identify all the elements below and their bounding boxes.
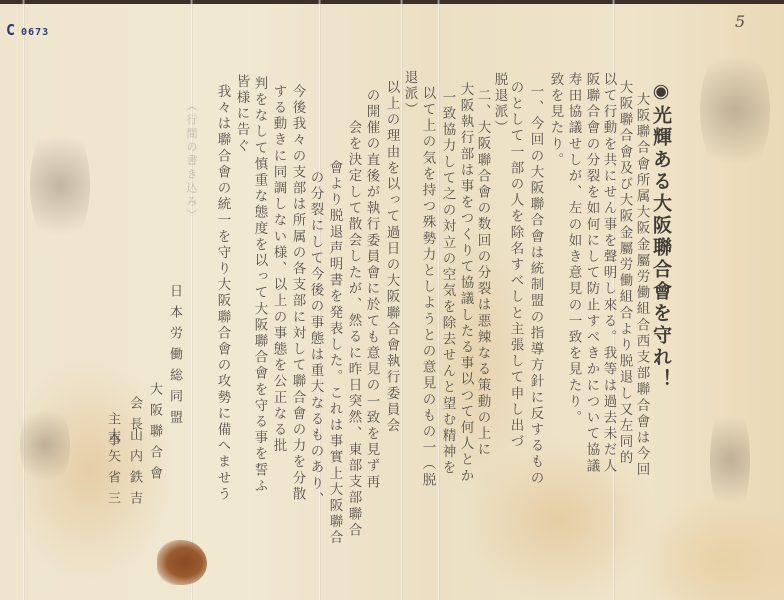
body-column: 寿田協議せしが、左の如き意見の一致を見たり。 — [566, 72, 580, 426]
body-column: 一、今回の大阪聯合會は統制盟の指導方針に反するもの — [528, 84, 542, 487]
body-column: 会を決定して散会したが、然るに昨日突然、東部支部聯合 — [346, 120, 360, 539]
document-page: C0673 5 ◉光輝ある大阪聯合會を守れ！ 大阪聯合會所属大阪金屬労働組合西支… — [0, 0, 784, 600]
body-column: 脱退派） — [492, 72, 506, 136]
body-column: 阪聯合會の分裂を如何にして防止すべきかについて協議 — [584, 72, 598, 475]
document-title: ◉光輝ある大阪聯合會を守れ！ — [648, 80, 675, 391]
body-column: の分裂にして今後の事態は重大なるものあり、 — [308, 170, 322, 508]
page-number: 5 — [735, 12, 745, 31]
body-column: する動きに同調しない様、以上の事態を公正なる批 — [271, 84, 285, 454]
body-column: 皆様に告ぐ — [234, 74, 248, 155]
body-column: のとして一部の人を除名すべしと主張して申し出づ — [508, 80, 522, 450]
foxing-speckle — [20, 400, 70, 490]
body-column: 會より脱退声明書を発表した。これは事實上大阪聯合 — [327, 160, 341, 546]
body-column: の開催の直後が執行委員會に於ても意見の一致を見ず再 — [364, 88, 378, 491]
body-column: 二、大阪聯合會の数回の分裂は悪辣なる策動の上に — [475, 88, 489, 458]
body-column: 以て上の気を持つ殊勢力としようとの意見のもの一（脱 — [420, 86, 434, 489]
scan-top-edge — [0, 0, 784, 4]
foxing-speckle — [30, 120, 90, 250]
body-column: 大阪執行部は事をつくりて協議したる事以つて何人とか — [458, 82, 472, 485]
signature-branch: 大阪聯合會 — [148, 382, 161, 487]
foxing-speckle — [710, 400, 750, 520]
signature-name-1: 山内鉄吉 — [128, 428, 141, 512]
catalog-stamp: C0673 — [6, 20, 49, 39]
body-column: 以て行動を共にせん事を聲明し來る。我等は過去未だ人 — [601, 72, 615, 475]
signature-organization: 日本労働総同盟 — [168, 284, 181, 431]
body-column: 退派） — [402, 70, 416, 118]
body-column: 致を見たり。 — [548, 72, 562, 169]
catalog-number: 0673 — [21, 27, 49, 38]
bleed-through-text: （行間の書き込み） — [186, 100, 197, 222]
body-column: 一致協力して之の対立の空気を除去せんと望む精神を — [440, 90, 454, 476]
paper-fold-line — [190, 0, 193, 600]
signature-name-2: 大矢省三 — [106, 428, 119, 512]
foxing-speckle — [700, 40, 770, 180]
body-column: 大阪聯合會所属大阪金屬労働組合西支部聯合會は今回 — [634, 92, 648, 478]
body-column: 判をなして慎重な態度を以って大阪聯合會を守る事を誓ふ — [252, 76, 266, 495]
body-column: 以上の理由を以って過日の大阪聯合會執行委員会 — [384, 80, 398, 434]
body-column: 我々は聯合會の統一を守り大阪聯合會の攻勢に備へませう — [215, 84, 229, 503]
catalog-prefix: C — [6, 21, 15, 39]
brown-stain — [157, 540, 207, 585]
paper-fold-line — [22, 0, 25, 600]
body-column: 大阪聯合會及び大阪金屬労働組合より脱退し又左同的 — [617, 80, 631, 466]
body-column: 今後我々の支部は所属の各支部に対して聯合會の力を分散 — [290, 84, 304, 503]
